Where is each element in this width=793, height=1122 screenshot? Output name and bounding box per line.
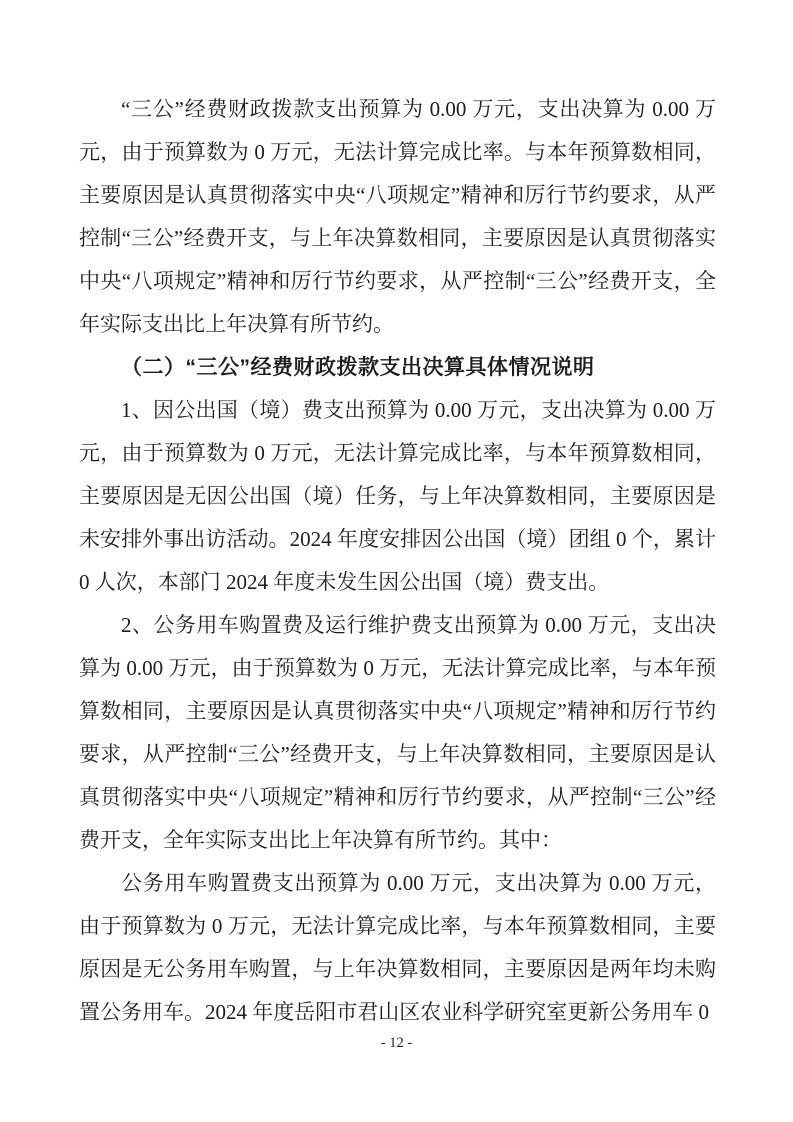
paragraph-sangong-overview: “三公”经费财政拨款支出预算为 0.00 万元，支出决算为 0.00 万元，由于…	[79, 88, 716, 346]
paragraph-vehicle-running-expense: 2、公务用车购置费及运行维护费支出预算为 0.00 万元，支出决算为 0.00 …	[79, 604, 716, 862]
heading-section-2: （二）“三公”经费财政拨款支出决算具体情况说明	[79, 346, 716, 389]
paragraph-abroad-expense: 1、因公出国（境）费支出预算为 0.00 万元，支出决算为 0.00 万元，由于…	[79, 389, 716, 604]
page-number: - 12 -	[381, 1035, 412, 1051]
document-body: “三公”经费财政拨款支出预算为 0.00 万元，支出决算为 0.00 万元，由于…	[79, 88, 716, 1034]
document-page: “三公”经费财政拨款支出预算为 0.00 万元，支出决算为 0.00 万元，由于…	[0, 0, 793, 1122]
paragraph-vehicle-purchase-detail: 公务用车购置费支出预算为 0.00 万元，支出决算为 0.00 万元，由于预算数…	[79, 862, 716, 1034]
page-footer: - 12 -	[0, 1033, 793, 1053]
